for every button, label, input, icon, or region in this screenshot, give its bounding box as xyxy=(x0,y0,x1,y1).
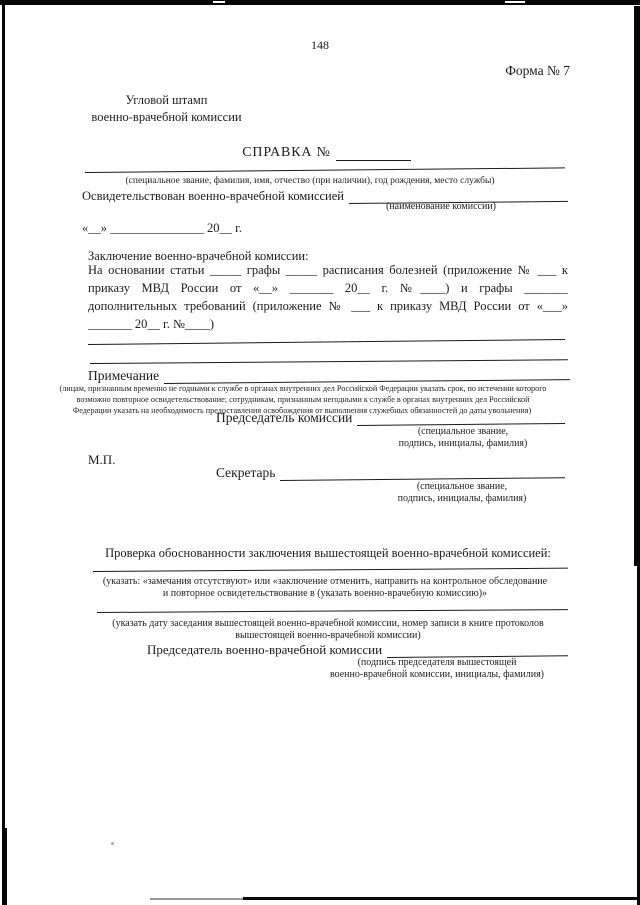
review-instruction-1: (указать: «замечания отсутствуют» или «з… xyxy=(103,576,547,600)
scan-artifact-dot xyxy=(111,842,114,845)
hq-chairman-caption: (подпись председателя вышестоящей военно… xyxy=(330,657,544,681)
review-blank-rule-2 xyxy=(97,609,568,613)
certificate-title-line: СПРАВКА № xyxy=(85,145,568,161)
stamp-place-mark: М.П. xyxy=(88,452,115,468)
note-caption-line-1: (лицам, признанным временно не годными к… xyxy=(60,383,547,394)
chairman-caption-line-1: (специальное звание, xyxy=(399,426,528,438)
corner-stamp: Угловой штамп военно-врачебной комиссии xyxy=(89,92,244,126)
commission-caption: (наименование комиссии) xyxy=(386,201,496,213)
review-heading: Проверка обоснованности заключения вышес… xyxy=(88,545,568,561)
certificate-title: СПРАВКА № xyxy=(242,145,330,161)
hq-chairman-blank xyxy=(387,642,568,658)
conclusion-blank-rule-1 xyxy=(88,339,565,345)
secretary-blank xyxy=(280,464,565,481)
conclusion-blank-rule-2 xyxy=(90,359,568,364)
top-border xyxy=(0,0,640,5)
note-blank xyxy=(164,366,570,384)
review-instruction-2: (указать дату заседания вышестоящей воен… xyxy=(112,618,543,641)
secretary-caption: (специальное звание, подпись, инициалы, … xyxy=(398,481,527,504)
hq-chairman-label: Председатель военно-врачебной комиссии xyxy=(147,642,382,658)
right-border xyxy=(634,6,640,566)
left-border-thick xyxy=(2,828,7,905)
subject-caption: (специальное звание, фамилия, имя, отчес… xyxy=(125,176,494,186)
scanned-form-page: 148 Форма № 7 Угловой штамп военно-враче… xyxy=(0,0,640,905)
chairman-line: Председатель комиссии xyxy=(216,410,565,426)
page-number: 148 xyxy=(0,38,640,53)
certificate-number-blank xyxy=(336,147,411,161)
hq-chairman-caption-line-2: военно-врачебной комиссии, инициалы, фам… xyxy=(330,669,544,681)
review-instruction-2-line-2: вышестоящей военно-врачебной комиссии) xyxy=(112,630,543,642)
secretary-caption-line-2: подпись, инициалы, фамилия) xyxy=(398,493,527,505)
secretary-caption-line-1: (специальное звание, xyxy=(398,481,527,493)
secretary-line: Секретарь xyxy=(216,465,565,481)
top-border-gap xyxy=(213,1,225,3)
date-line: «__» _______________ 20__ г. xyxy=(82,220,242,236)
secretary-label: Секретарь xyxy=(216,465,275,481)
review-instruction-1-line-1: (указать: «замечания отсутствуют» или «з… xyxy=(103,576,547,588)
examined-label: Освидетельствован военно-врачебной комис… xyxy=(82,188,344,204)
subject-blank-rule xyxy=(85,167,565,173)
note-caption-line-2: возможно повторное освидетельствование; … xyxy=(77,394,530,405)
form-number-label: Форма № 7 xyxy=(505,63,570,79)
hq-chairman-line: Председатель военно-врачебной комиссии xyxy=(147,642,568,658)
left-border xyxy=(2,0,5,905)
hq-chairman-caption-line-1: (подпись председателя вышестоящей xyxy=(330,657,544,669)
conclusion-line-4: _______ 20__ г. №____) xyxy=(88,316,568,332)
review-blank-rule-1 xyxy=(93,568,568,572)
note-line: Примечание xyxy=(88,368,570,384)
chairman-caption-line-2: подпись, инициалы, фамилия) xyxy=(399,438,528,450)
review-instruction-2-line-1: (указать дату заседания вышестоящей воен… xyxy=(112,618,543,630)
corner-stamp-line-2: военно-врачебной комиссии xyxy=(89,109,244,126)
top-border-gap xyxy=(505,1,525,3)
chairman-blank xyxy=(357,410,565,426)
chairman-label: Председатель комиссии xyxy=(216,410,352,426)
review-instruction-1-line-2: и повторное освидетельствование в (указа… xyxy=(103,588,547,600)
conclusion-line-3: дополнительных требований (приложение № … xyxy=(88,298,568,314)
corner-stamp-line-1: Угловой штамп xyxy=(89,92,244,109)
note-label: Примечание xyxy=(88,368,159,384)
conclusion-line-2: приказу МВД России от «__» _______ 20__ … xyxy=(88,280,568,296)
bottom-border-faint xyxy=(150,898,243,900)
bottom-border xyxy=(243,897,640,900)
conclusion-line-1: На основании статьи _____ графы _____ ра… xyxy=(88,262,568,278)
chairman-caption: (специальное звание, подпись, инициалы, … xyxy=(399,426,528,449)
